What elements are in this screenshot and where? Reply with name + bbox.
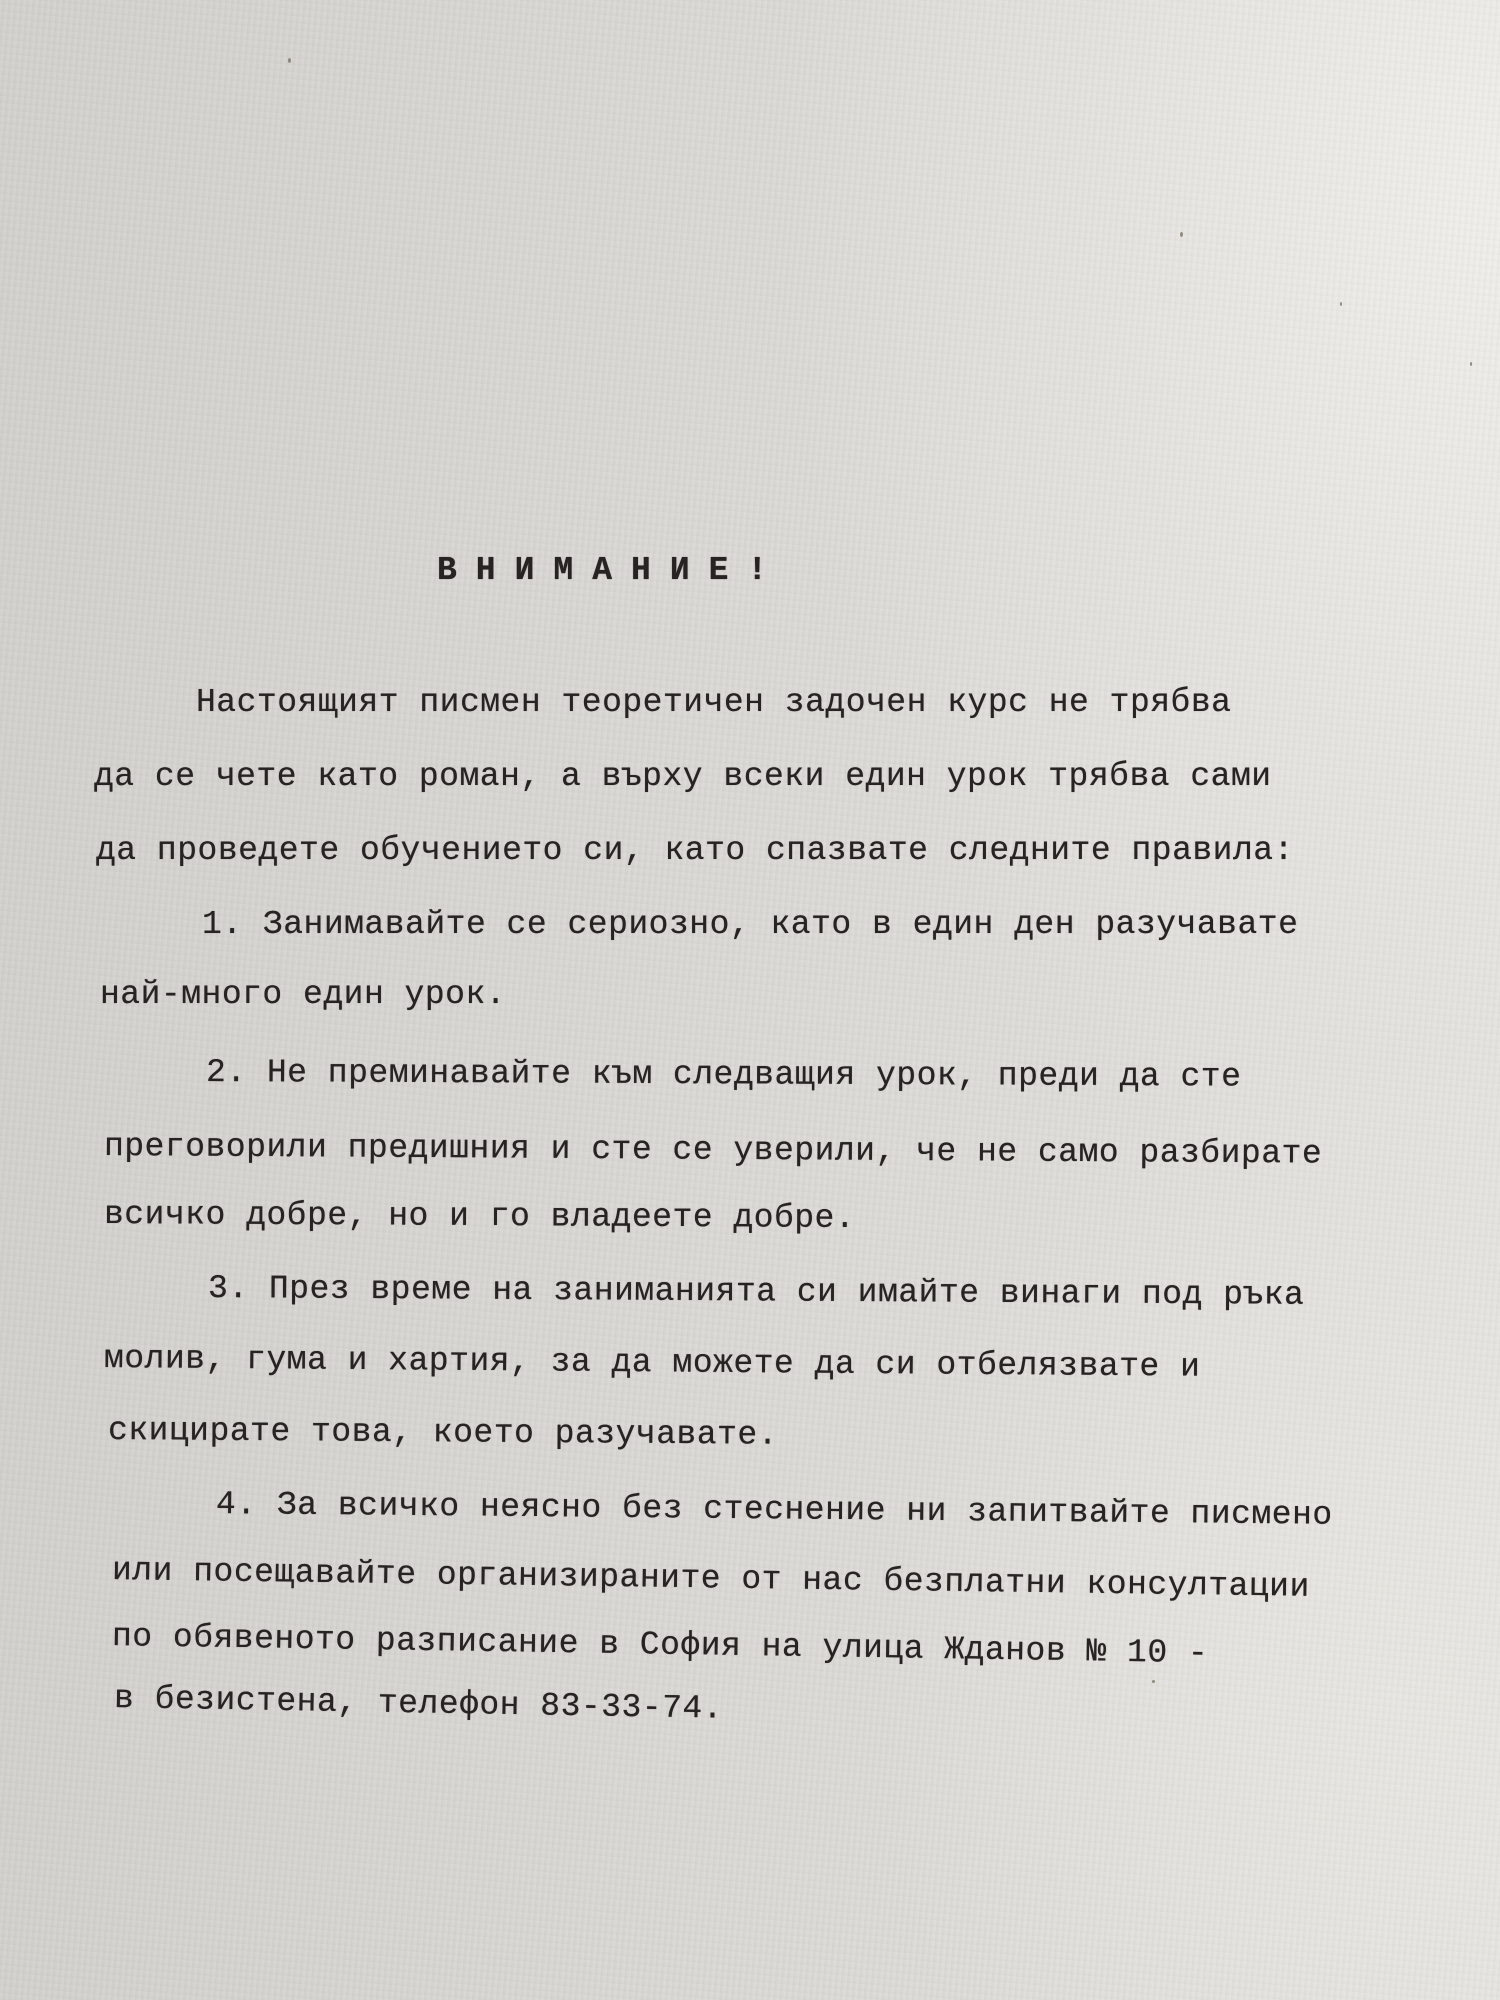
intro-line: да проведете обучението си, като спазват…: [96, 832, 1294, 869]
rule-2-line: преговорили предишния и сте се уверили, …: [104, 1128, 1322, 1172]
rule-1-line: най-много един урок.: [100, 976, 506, 1013]
rule-3-line: скицирате това, което разучавате.: [108, 1412, 778, 1454]
intro-line: да се чете като роман, а върху всеки еди…: [94, 758, 1272, 795]
rule-4-line: в безистена, телефон 83-33-74.: [114, 1680, 724, 1728]
rule-4-line: по обявеното разписание в София на улица…: [112, 1618, 1209, 1672]
rule-4-line: 4. За всичко неясно без стеснение ни зап…: [216, 1486, 1333, 1534]
typewritten-document: ВНИМАНИЕ! Настоящият писмен теоретичен з…: [0, 0, 1500, 2000]
rule-2-line: всичко добре, но и го владеете добре.: [104, 1196, 855, 1237]
rule-3-line: 3. През време на заниманията си имайте в…: [208, 1270, 1305, 1314]
intro-line: Настоящият писмен теоретичен задочен кур…: [196, 684, 1231, 721]
rule-1-line: 1. Занимавайте се сериозно, като в един …: [202, 906, 1298, 943]
rule-4-line: или посещавайте организираните от нас бе…: [112, 1552, 1310, 1606]
rule-2-line: 2. Не преминавайте към следващия урок, п…: [206, 1054, 1242, 1096]
rule-3-line: молив, гума и хартия, за да можете да си…: [104, 1340, 1201, 1386]
document-title: ВНИМАНИЕ!: [437, 552, 786, 589]
